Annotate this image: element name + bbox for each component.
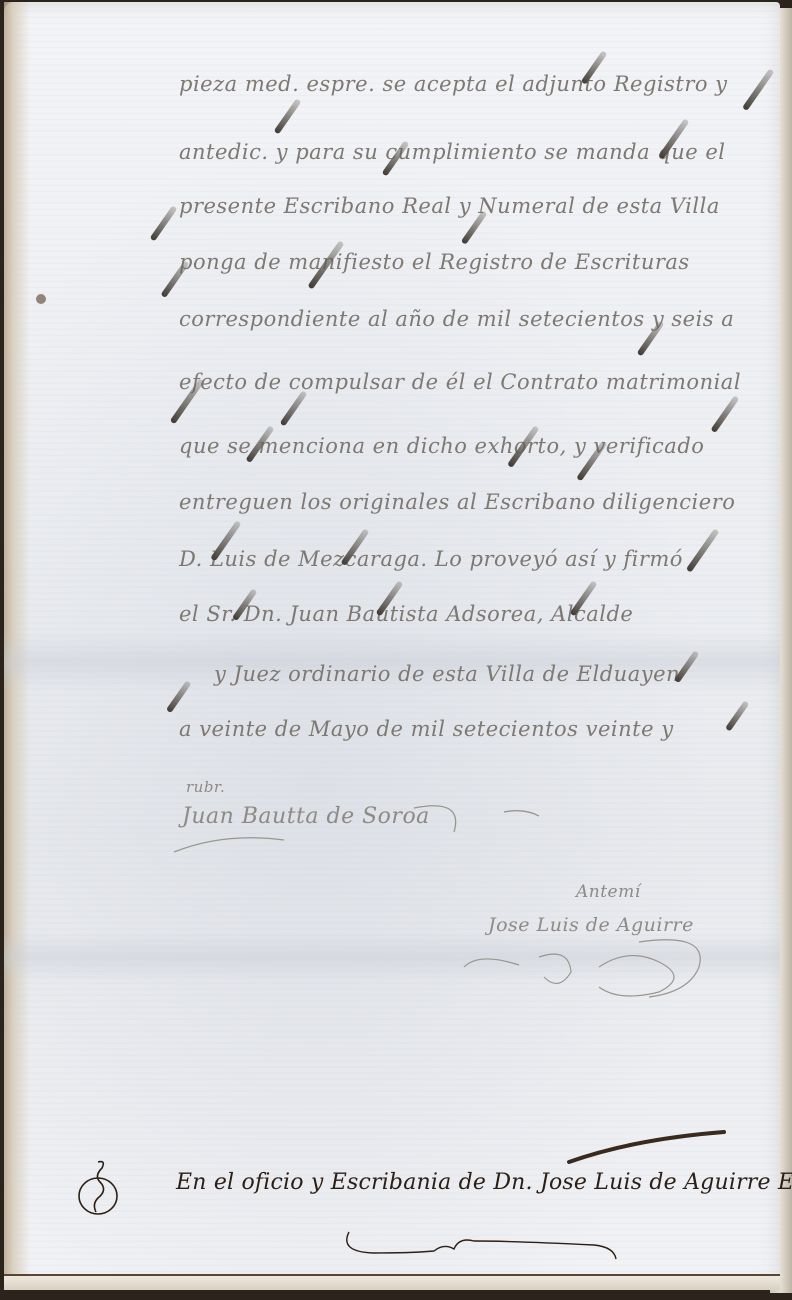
ink-stroke: [710, 395, 739, 433]
body-line-9: D. Luis de Mezcaraga. Lo proveyó así y f…: [179, 547, 683, 571]
ink-stroke: [160, 260, 189, 298]
body-line-8: entreguen los originales al Escribano di…: [179, 490, 735, 514]
manuscript-page: pieza med. espre. se acepta el adjunto R…: [4, 2, 780, 1290]
ink-stroke: [274, 98, 302, 134]
ink-stroke: [150, 205, 178, 241]
body-line-6: efecto de compulsar de él el Contrato ma…: [179, 370, 741, 394]
signature-1-prefix: rubr.: [186, 778, 225, 796]
body-line-12: a veinte de Mayo de mil setecientos vein…: [179, 717, 674, 741]
ink-stroke: [725, 700, 749, 731]
body-line-5: correspondiente al año de mil seteciento…: [179, 307, 734, 331]
body-line-3: presente Escribano Real y Numeral de est…: [179, 194, 720, 218]
closing-bracket-flourish: [334, 1227, 634, 1267]
torn-bottom-edge: [4, 1274, 780, 1290]
body-line-11: y Juez ordinario de esta Villa de Elduay…: [214, 662, 680, 686]
ink-spot: [36, 294, 46, 304]
signature-1-flourish: [164, 802, 544, 862]
scanned-document: pieza med. espre. se acepta el adjunto R…: [0, 0, 792, 1300]
signature-2-prefix: Antemí: [576, 882, 641, 902]
signature-2-name: Jose Luis de Aguirre: [488, 914, 694, 936]
ink-stroke: [280, 390, 308, 426]
closing-text: En el oficio y Escribania de Dn. Jose Lu…: [176, 1170, 792, 1195]
signature-2-rubric: [459, 937, 719, 1007]
ink-stroke: [686, 528, 720, 572]
marginal-symbol-icon: [76, 1154, 126, 1220]
closing-flourish-stroke: [564, 1127, 734, 1167]
body-line-2: antedic. y para su cumplimiento se manda…: [179, 140, 726, 164]
body-line-1: pieza med. espre. se acepta el adjunto R…: [179, 72, 728, 96]
ink-stroke: [742, 68, 774, 111]
body-line-4: ponga de manifiesto el Registro de Escri…: [179, 250, 690, 274]
